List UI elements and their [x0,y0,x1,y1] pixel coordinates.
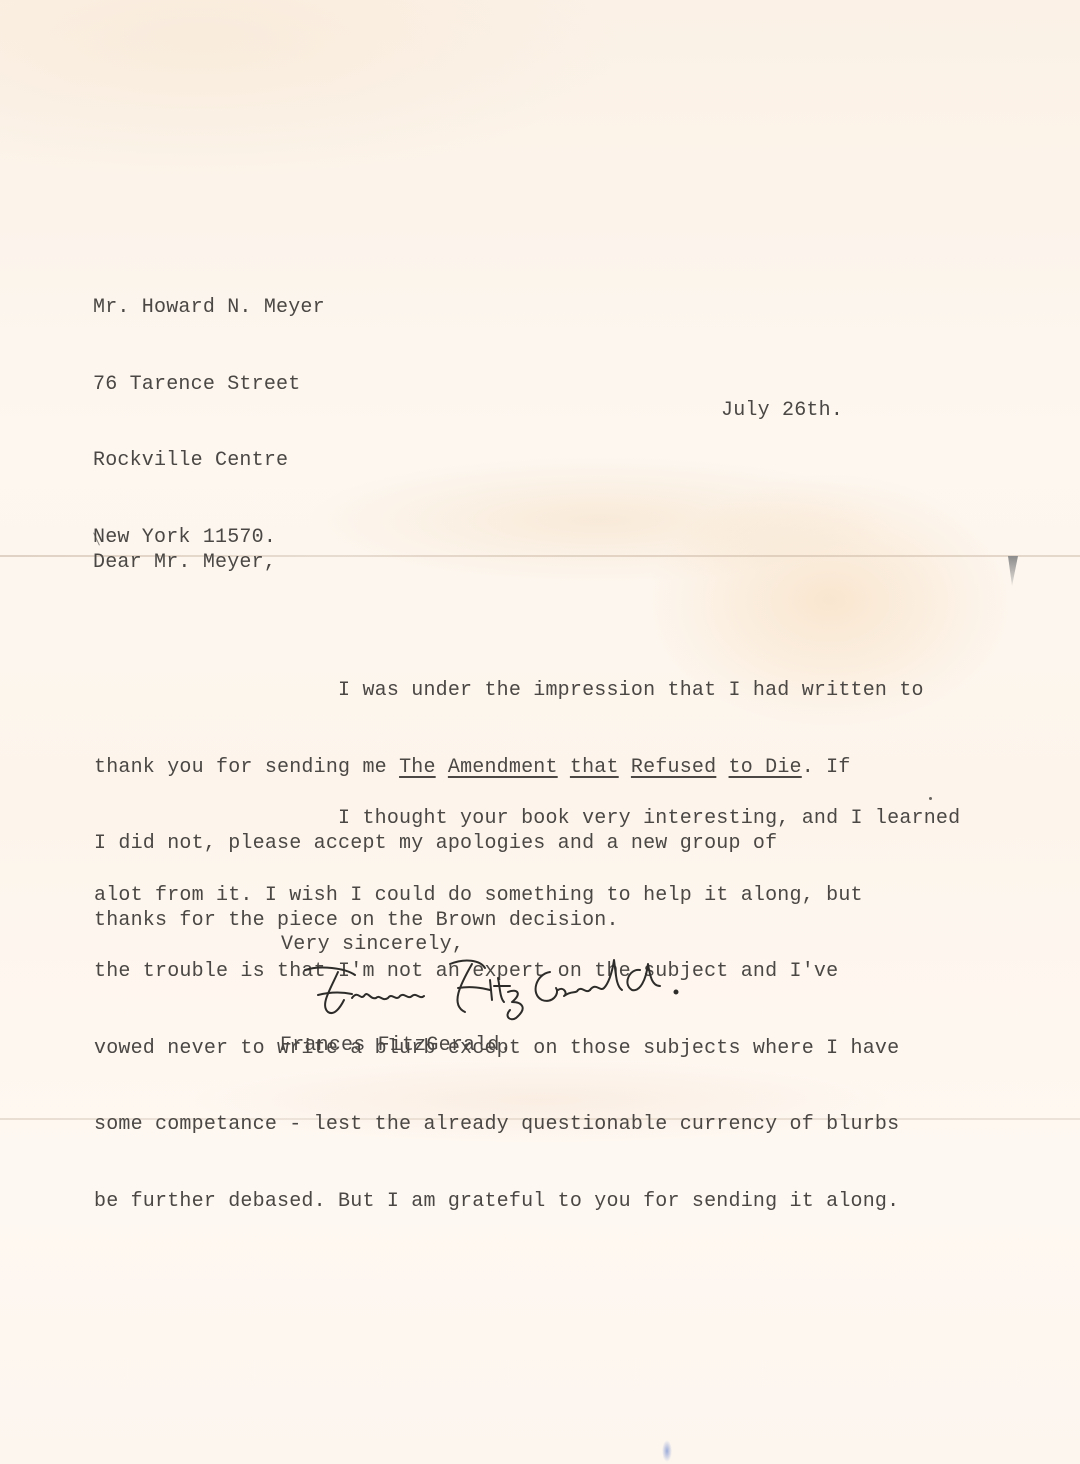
paragraph-2-line-4: vowed never to write a blurb except on t… [94,1036,960,1062]
salutation: Dear Mr. Meyer, [93,550,276,576]
address-line-name: Mr. Howard N. Meyer [93,295,325,321]
paper-tear-mark [1008,556,1018,586]
address-line-street: 76 Tarence Street [93,372,325,398]
typed-signatory-name: Frances FitzGerald. [280,1033,512,1059]
paragraph-2-line-5: some competance - lest the already quest… [94,1112,960,1138]
paragraph-2-line-6: be further debased. But I am grateful to… [94,1189,960,1215]
paragraph-1-line-1: I was under the impression that I had wr… [94,678,924,704]
address-line-town: Rockville Centre [93,448,325,474]
recipient-address-block: Mr. Howard N. Meyer 76 Tarence Street Ro… [93,244,325,601]
paragraph-2-line-2: alot from it. I wish I could do somethin… [94,883,960,909]
address-line-state-zip: New York 11570. [93,525,325,551]
paragraph-2-line-1: I thought your book very interesting, an… [94,806,960,832]
letter-page: Mr. Howard N. Meyer 76 Tarence Street Ro… [0,0,1080,1464]
letter-date: July 26th. [721,398,843,424]
blue-ink-spot [662,1440,672,1462]
handwritten-signature [300,950,700,1030]
